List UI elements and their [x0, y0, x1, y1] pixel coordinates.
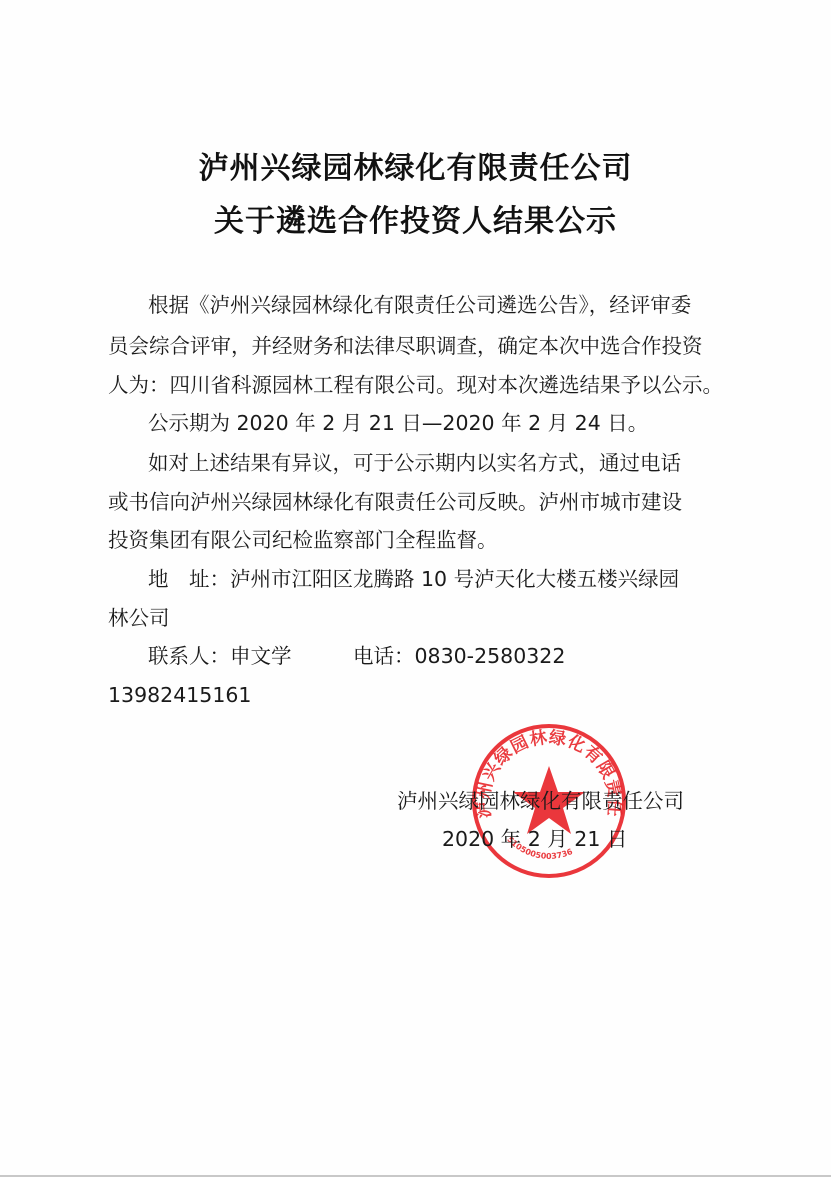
document-title-line-2: 关于遴选合作投资人结果公示 — [0, 196, 831, 240]
contact-mobile-line: 13982415161 — [108, 682, 251, 708]
paragraph-1-line-3: 人为：四川省科源园林工程有限公司。现对本次遴选结果予以公示。 — [108, 372, 723, 398]
address-line-2: 林公司 — [108, 605, 170, 631]
paragraph-3-line-1: 如对上述结果有异议，可于公示期内以实名方式，通过电话 — [148, 450, 681, 476]
paragraph-1-line-1: 根据《泸州兴绿园林绿化有限责任公司遴选公告》，经评审委 — [148, 292, 691, 318]
paragraph-1-line-2: 员会综合评审，并经财务和法律尽职调查，确定本次中选合作投资 — [108, 333, 703, 359]
document-page: 泸州兴绿园林绿化有限责任公司 关于遴选合作投资人结果公示 根据《泸州兴绿园林绿化… — [0, 0, 831, 1176]
paragraph-3-line-2: 或书信向泸州兴绿园林绿化有限责任公司反映。泸州市城市建设 — [108, 489, 682, 515]
signature-date: 2020 年 2 月 21 日 — [442, 826, 627, 852]
page-bottom-border — [0, 1175, 831, 1177]
document-title-line-1: 泸州兴绿园林绿化有限责任公司 — [0, 143, 831, 187]
contact-line: 联系人：申文学 电话：0830-2580322 — [148, 643, 565, 669]
paragraph-3-line-3: 投资集团有限公司纪检监察部门全程监督。 — [108, 527, 498, 553]
signature-company: 泸州兴绿园林绿化有限责任公司 — [397, 788, 684, 814]
publicity-period-line: 公示期为 2020 年 2 月 21 日—2020 年 2 月 24 日。 — [148, 410, 648, 436]
address-line-1: 地 址：泸州市江阳区龙腾路 10 号泸天化大楼五楼兴绿园 — [148, 566, 679, 592]
